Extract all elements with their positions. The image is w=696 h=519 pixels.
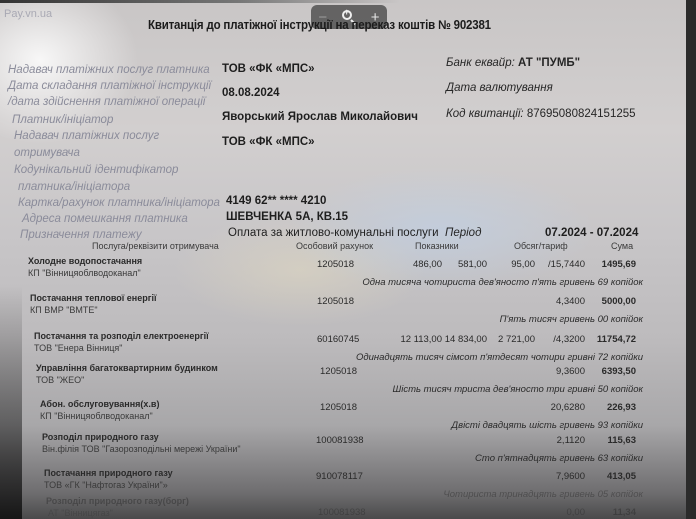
col-header-service: Послуга/реквізити отримувача [92, 241, 219, 251]
service-provider: КП ВМР "ВМТЕ" [30, 305, 98, 315]
account-number: 1205018 [317, 296, 354, 307]
card-value: 4149 62** **** 4210 [226, 195, 326, 207]
service-provider: Він.філія ТОВ "Газорозподільні мережі Ук… [42, 444, 241, 454]
amount: 6393,50 [602, 366, 636, 377]
service-provider: КП "Вінницяоблводоканал" [40, 411, 153, 421]
tariff: 7,9600 [556, 471, 585, 482]
amount-in-words: Шість тисяч триста дев'яносто три гривні… [392, 384, 643, 395]
receipt-code: Код квитанції: 87695080824151255 [446, 108, 636, 120]
address-label: Адреса помешкання платника [22, 213, 188, 225]
account-number: 1205018 [317, 259, 354, 270]
receipt-photo: Pay.vn.ua − + + Квитанція до платіжної і… [0, 0, 691, 519]
amount: 11,34 [613, 507, 636, 518]
amount: 226,93 [607, 402, 636, 413]
amount-in-words: Чотириста тринадцять гривень 05 копійок [443, 489, 643, 500]
service-provider: ТОВ "Енера Вінниця" [34, 343, 122, 353]
account-number: 910078117 [316, 471, 363, 482]
service-name: Постачання природного газу [44, 468, 173, 478]
paper-top-edge [0, 0, 400, 3]
paper-right-edge [686, 0, 691, 519]
date-created-label: Дата складання платіжної інструкції [8, 80, 211, 92]
receipt-code-label: Код квитанції: [446, 108, 524, 120]
service-name: Постачання та розподіл електроенергії [34, 331, 209, 341]
amount: 5000,00 [602, 296, 636, 307]
payer-provider-value: ТОВ «ФК «МПС» [222, 63, 315, 75]
account-number: 60160745 [317, 334, 359, 345]
date-executed-label: /дата здійснення платіжної операції [8, 96, 205, 108]
col-header-account: Особовий рахунок [296, 241, 373, 251]
receipt-title: Квитанція до платіжної інструкції на пер… [148, 18, 491, 32]
tariff: /15,7440 [548, 259, 585, 270]
payer-value: Яворський Ярослав Миколайович [222, 111, 418, 123]
tariff: 2,1120 [557, 435, 585, 446]
col-header-sum: Сума [611, 241, 633, 251]
account-number: 100081938 [316, 435, 364, 446]
volume: 2 721,00 [498, 334, 535, 345]
service-provider: ТОВ «ГК "Нафтогаз України"» [44, 480, 168, 490]
unique-id-label-2: платника/ініціатора [18, 181, 130, 193]
service-name: Абон. обслуговування(х.в) [40, 399, 159, 409]
service-name: Холодне водопостачання [28, 256, 142, 266]
amount-in-words: П'ять тисяч гривень 00 копійок [500, 314, 643, 325]
unique-id-label: Кодунікальний ідентифікатор [14, 164, 178, 176]
amount-in-words: Сто п'ятнадцять гривень 63 копійки [475, 453, 643, 464]
tariff: 20,6280 [551, 402, 585, 413]
recipient-provider-value: ТОВ «ФК «МПС» [222, 136, 315, 148]
amount: 11754,72 [597, 334, 636, 345]
account-number: 100081938 [318, 507, 366, 518]
amount: 1495,69 [602, 259, 636, 270]
payer-label: Платник/ініціатор [12, 114, 113, 126]
amount: 115,63 [607, 435, 636, 446]
amount-in-words: Одна тисяча чотириста дев'яносто п'ять г… [362, 277, 643, 288]
purpose-value: Оплата за житлово-комунальні послуги [228, 227, 439, 239]
purpose-label: Призначення платежу [20, 229, 142, 241]
service-provider: АТ "Вінницягаз" [48, 508, 113, 518]
col-header-readings: Показники [415, 241, 459, 251]
period-value: 07.2024 - 07.2024 [545, 227, 638, 239]
card-label: Картка/рахунок платника/ініціатора [18, 197, 220, 209]
bank-acquirer-label: Банк еквайр: [446, 57, 515, 69]
bank-acquirer-value: АТ "ПУМБ" [518, 57, 580, 69]
payer-provider-label: Надавач платіжних послуг платника [8, 64, 210, 76]
bank-acquirer: Банк еквайр: АТ "ПУМБ" [446, 57, 580, 69]
period-label: Період [445, 227, 481, 239]
address-value: ШЕВЧЕНКА 5А, КВ.15 [226, 211, 348, 223]
volume: 95,00 [511, 259, 535, 270]
account-number: 1205018 [320, 366, 357, 377]
service-name: Розподіл природного газу [42, 432, 159, 442]
reading-previous: 486,00 [413, 259, 442, 270]
service-name: Розподіл природного газу(борг) [46, 496, 189, 506]
recipient-provider-label-2: отримувача [14, 147, 80, 159]
amount-in-words: Двісті двадцять шість гривень 93 копійки [451, 420, 643, 431]
account-number: 1205018 [320, 402, 357, 413]
reading-current: 581,00 [458, 259, 487, 270]
tariff: 4,3400 [556, 296, 585, 307]
amount: 413,05 [607, 471, 636, 482]
date-created-value: 08.08.2024 [222, 87, 280, 99]
site-watermark: Pay.vn.ua [4, 8, 52, 20]
receipt-code-value: 87695080824151255 [527, 108, 636, 120]
reading-previous: 12 113,00 [400, 334, 442, 345]
tariff: /4,3200 [553, 334, 585, 345]
amount-in-words: Одинадцять тисяч сімсот п'ятдесят чотири… [356, 352, 643, 363]
service-name: Постачання теплової енергії [30, 293, 157, 303]
tariff: 0,00 [567, 507, 586, 518]
reading-current: 14 834,00 [445, 334, 487, 345]
value-date-label: Дата валютування [446, 82, 553, 94]
recipient-provider-label: Надавач платіжних послуг [14, 130, 159, 142]
col-header-volume-tariff: Обсяг/тариф [514, 241, 568, 251]
service-name: Управління багатоквартирним будинком [36, 363, 218, 373]
tariff: 9,3600 [556, 366, 585, 377]
service-provider: КП "Вінницяоблводоканал" [28, 268, 141, 278]
service-provider: ТОВ "ЖЕО" [36, 375, 84, 385]
